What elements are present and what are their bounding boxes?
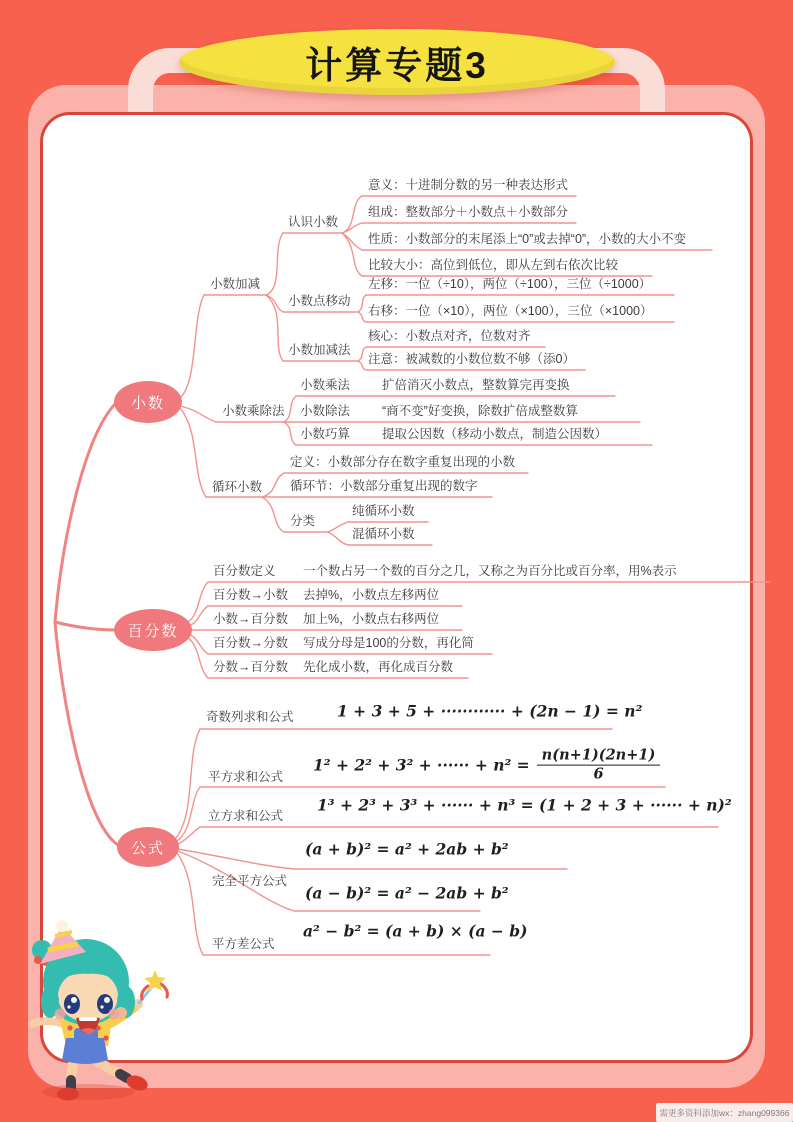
watermark: 需更多资料添加wx：zhang099366 bbox=[656, 1103, 793, 1122]
page-title: 计算专题3 bbox=[305, 35, 489, 89]
formula-square-sum: 1² + 2² + 3² + ······ + n² = n(n+1)(2n+1… bbox=[313, 747, 660, 784]
leaf-mixed: 混循环小数 bbox=[352, 528, 415, 541]
leaf-pure: 纯循环小数 bbox=[352, 505, 415, 518]
label-odd-sum: 奇数列求和公式 bbox=[206, 711, 294, 724]
leaf-compare: 比较大小：高位到低位，即从左到右依次比较 bbox=[368, 259, 618, 272]
leaf-core: 核心：小数点对齐，位数对齐 bbox=[368, 330, 531, 343]
node-percent: 百分数 bbox=[114, 609, 192, 651]
leaf-rep-definition: 定义：小数部分存在数字重复出现的小数 bbox=[290, 456, 515, 469]
label-pct-definition: 百分数定义 bbox=[213, 565, 276, 578]
leaf-div-text: “商不变”好变换，除数扩倍成整数算 bbox=[382, 405, 578, 418]
label-fraction-to-pct: 分数→百分数 bbox=[213, 661, 288, 674]
label-perfect-square: 完全平方公式 bbox=[212, 875, 287, 888]
leaf-move-right: 右移：一位（×10），两位（×100），三位（×1000） bbox=[368, 305, 652, 318]
leaf-trick-text: 提取公因数（移动小数点，制造公因数） bbox=[382, 428, 607, 441]
label-mul-div: 小数乘除法 bbox=[222, 405, 285, 418]
formula-odd-sum: 1 + 3 + 5 + ············ + (2n − 1) = n² bbox=[337, 702, 642, 721]
node-percent-label: 百分数 bbox=[127, 620, 178, 641]
label-know-decimal: 认识小数 bbox=[288, 216, 338, 229]
formula-perfect-square-minus: (a − b)² = a² − 2ab + b² bbox=[305, 884, 509, 903]
leaf-pct-to-decimal: 去掉%，小数点左移两位 bbox=[303, 589, 439, 602]
leaf-meaning: 意义：十进制分数的另一种表达形式 bbox=[368, 179, 568, 192]
label-repeating: 循环小数 bbox=[212, 481, 262, 494]
label-pct-to-decimal: 百分数→小数 bbox=[213, 589, 288, 602]
label-square-diff: 平方差公式 bbox=[212, 938, 275, 951]
node-decimal: 小数 bbox=[114, 381, 182, 423]
label-cube-sum: 立方求和公式 bbox=[208, 810, 283, 823]
label-mul: 小数乘法 bbox=[300, 379, 350, 392]
label-div: 小数除法 bbox=[300, 405, 350, 418]
leaf-pct-to-fraction: 写成分母是100的分数，再化简 bbox=[303, 637, 474, 650]
node-formulas-label: 公式 bbox=[131, 837, 165, 858]
formula-square-diff: a² − b² = (a + b) × (a − b) bbox=[303, 922, 527, 941]
label-pct-to-fraction: 百分数→分数 bbox=[213, 637, 288, 650]
leaf-compose: 组成：整数部分＋小数点＋小数部分 bbox=[368, 206, 568, 219]
label-classify: 分类 bbox=[290, 515, 315, 528]
label-point-move: 小数点移动 bbox=[288, 295, 351, 308]
leaf-mul-text: 扩倍消灭小数点，整数算完再变换 bbox=[382, 379, 570, 392]
label-add-sub: 小数加减 bbox=[210, 278, 260, 291]
label-trick: 小数巧算 bbox=[300, 428, 350, 441]
poster: 计算专题3 小数 百分数 公式 小数加减 认识小数 意义：十进制分数的另一种表达… bbox=[0, 0, 793, 1122]
leaf-decimal-to-pct: 加上%，小数点右移两位 bbox=[303, 613, 439, 626]
leaf-move-left: 左移：一位（÷10），两位（÷100），三位（÷1000） bbox=[368, 278, 651, 291]
node-decimal-label: 小数 bbox=[131, 392, 165, 413]
formula-perfect-square-plus: (a + b)² = a² + 2ab + b² bbox=[305, 840, 509, 859]
leaf-rep-cycle: 循环节：小数部分重复出现的数字 bbox=[290, 480, 478, 493]
node-formulas: 公式 bbox=[117, 827, 179, 867]
formula-cube-sum: 1³ + 2³ + 3³ + ······ + n³ = (1 + 2 + 3 … bbox=[317, 796, 732, 815]
leaf-fraction-to-pct: 先化成小数，再化成百分数 bbox=[303, 661, 453, 674]
mascot-illustration bbox=[8, 920, 178, 1105]
label-square-sum: 平方求和公式 bbox=[208, 771, 283, 784]
label-add-sub-method: 小数加减法 bbox=[288, 344, 351, 357]
leaf-note: 注意：被减数的小数位数不够（添0） bbox=[368, 353, 575, 366]
leaf-pct-definition: 一个数占另一个数的百分之几，又称之为百分比或百分率，用%表示 bbox=[303, 565, 677, 578]
fraction: n(n+1)(2n+1) 6 bbox=[537, 747, 661, 784]
leaf-property: 性质：小数部分的末尾添上“0”或去掉“0”，小数的大小不变 bbox=[368, 233, 686, 246]
title-banner: 计算专题3 bbox=[179, 29, 615, 95]
label-decimal-to-pct: 小数→百分数 bbox=[213, 613, 288, 626]
watermark-text: 需更多资料添加wx：zhang099366 bbox=[660, 1107, 790, 1119]
